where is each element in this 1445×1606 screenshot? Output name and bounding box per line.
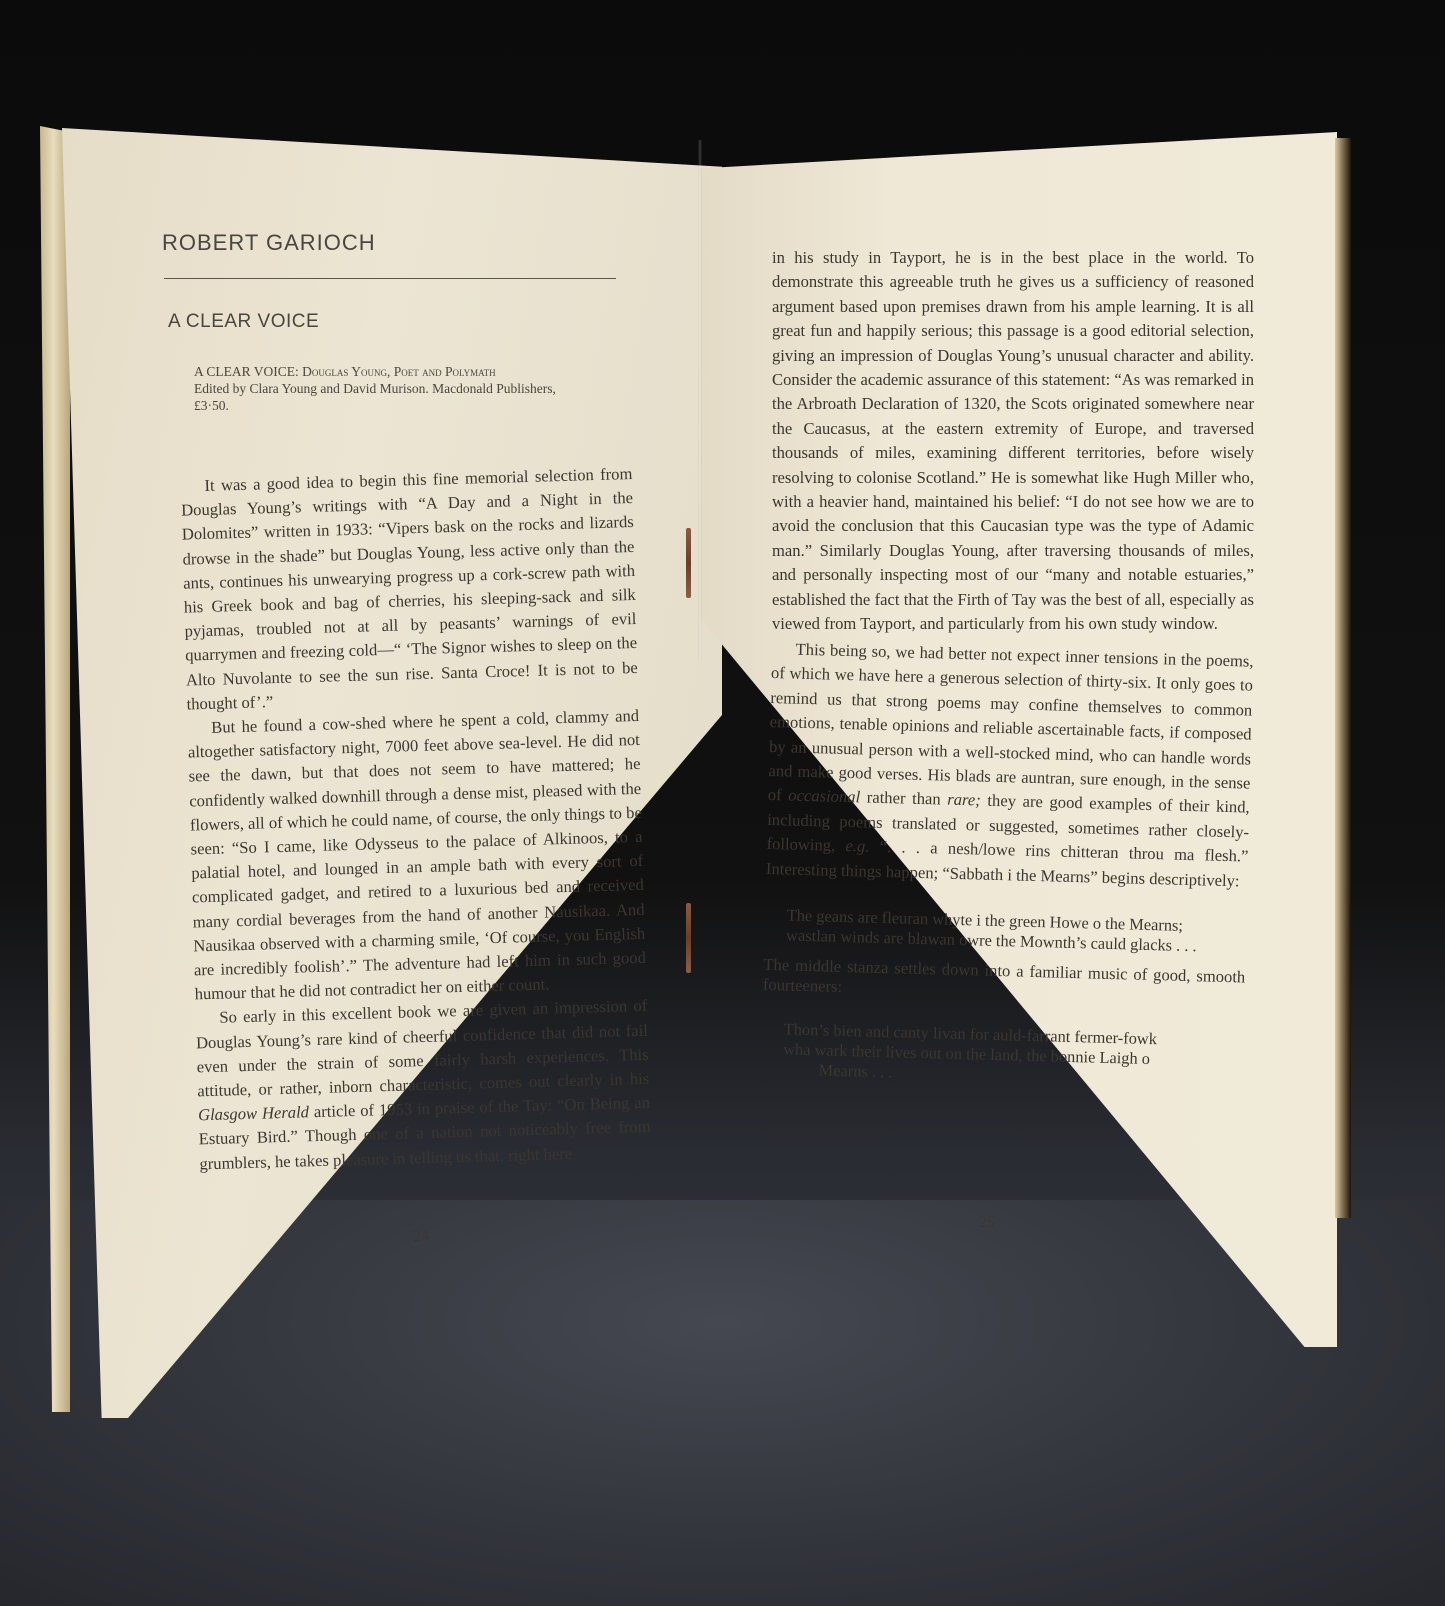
section-title: A CLEAR VOICE — [168, 311, 630, 333]
page-number-left: 24 — [412, 1227, 429, 1246]
italic-word: rare; — [947, 790, 981, 810]
right-page-body: in his study in Tayport, he is in the be… — [772, 246, 1254, 1079]
paragraph: So early in this excellent book we are g… — [195, 994, 652, 1176]
heading-rule — [164, 278, 616, 279]
verse-quote-1: The geans are fleuran whyte i the green … — [786, 905, 1247, 957]
author-heading: ROBERT GARIOCH — [162, 230, 630, 256]
biblio-price: £3·50. — [194, 398, 229, 413]
biblio-subtitle: Douglas Young, Poet and Polymath — [302, 364, 495, 379]
italic-word: e.g. — [845, 836, 869, 856]
paragraph: This being so, we had better not expect … — [766, 637, 1254, 894]
paragraph-text: This being so, we had better not expect … — [768, 639, 1254, 804]
italic-word: occasional — [788, 785, 860, 806]
biblio-editors: Edited by Clara Young and David Murison.… — [194, 381, 556, 396]
paragraph: The middle stanza settles down into a fa… — [763, 954, 1246, 1007]
verse-line: Mearns . . . — [782, 1059, 892, 1082]
paragraph-text: rather than — [860, 787, 948, 808]
paragraph: It was a good idea to begin this fine me… — [180, 462, 639, 717]
italic-title: Glasgow Herald — [198, 1103, 309, 1125]
page-number-right: 25 — [979, 1214, 995, 1232]
paragraph-text: So early in this excellent book we are g… — [196, 996, 650, 1100]
lower-right-content: This being so, we had better not expect … — [760, 637, 1253, 1092]
binding-staple-top — [686, 528, 691, 598]
paragraph: in his study in Tayport, he is in the be… — [772, 246, 1254, 637]
biblio-title: A CLEAR VOICE: — [194, 364, 299, 379]
right-page-content: in his study in Tayport, he is in the be… — [772, 246, 1254, 1089]
paragraph: But he found a cow-shed where he spent a… — [187, 704, 647, 1007]
verse-quote-2: Thon’s bien and canty livan for auld-far… — [782, 1019, 1243, 1091]
binding-staple-bottom — [686, 903, 691, 973]
bibliographic-note: A CLEAR VOICE: Douglas Young, Poet and P… — [194, 363, 624, 414]
left-page-body: It was a good idea to begin this fine me… — [180, 462, 651, 1176]
left-page-content: ROBERT GARIOCH A CLEAR VOICE A CLEAR VOI… — [160, 230, 630, 1164]
book-page-edges-right — [1335, 138, 1351, 1218]
book-gutter — [698, 140, 702, 660]
